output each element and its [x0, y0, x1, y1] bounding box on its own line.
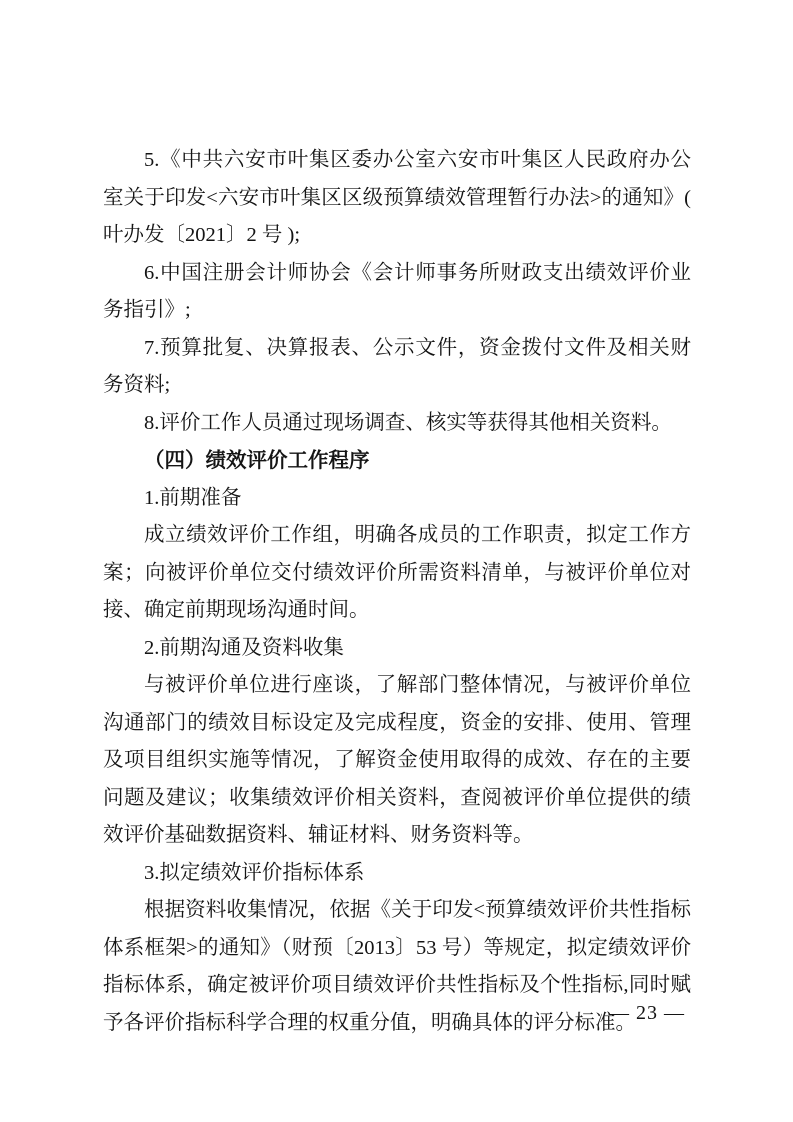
- step-body-1: 成立绩效评价工作组，明确各成员的工作职责，拟定工作方案；向被评价单位交付绩效评价…: [103, 517, 691, 630]
- section-heading-work-procedure: （四）绩效评价工作程序: [103, 442, 691, 480]
- step-title-1-preparation: 1.前期准备: [103, 480, 691, 518]
- step-body-2: 与被评价单位进行座谈，了解部门整体情况，与被评价单位沟通部门的绩效目标设定及完成…: [103, 667, 691, 855]
- reference-item-8: 8.评价工作人员通过现场调查、核实等获得其他相关资料。: [103, 405, 691, 443]
- page-number: — 23 —: [609, 1000, 685, 1026]
- reference-item-5: 5.《中共六安市叶集区委办公室六安市叶集区人民政府办公室关于印发<六安市叶集区区…: [103, 142, 691, 255]
- document-body: 5.《中共六安市叶集区委办公室六安市叶集区人民政府办公室关于印发<六安市叶集区区…: [103, 142, 691, 1042]
- document-page: 5.《中共六安市叶集区委办公室六安市叶集区人民政府办公室关于印发<六安市叶集区区…: [0, 0, 793, 1122]
- step-body-3: 根据资料收集情况，依据《关于印发<预算绩效评价共性指标体系框架>的通知》（财预〔…: [103, 892, 691, 1042]
- reference-item-7: 7.预算批复、决算报表、公示文件，资金拨付文件及相关财务资料;: [103, 330, 691, 405]
- step-title-2-communication: 2.前期沟通及资料收集: [103, 630, 691, 668]
- step-title-3-indicator-system: 3.拟定绩效评价指标体系: [103, 855, 691, 893]
- reference-item-6: 6.中国注册会计师协会《会计师事务所财政支出绩效评价业务指引》;: [103, 255, 691, 330]
